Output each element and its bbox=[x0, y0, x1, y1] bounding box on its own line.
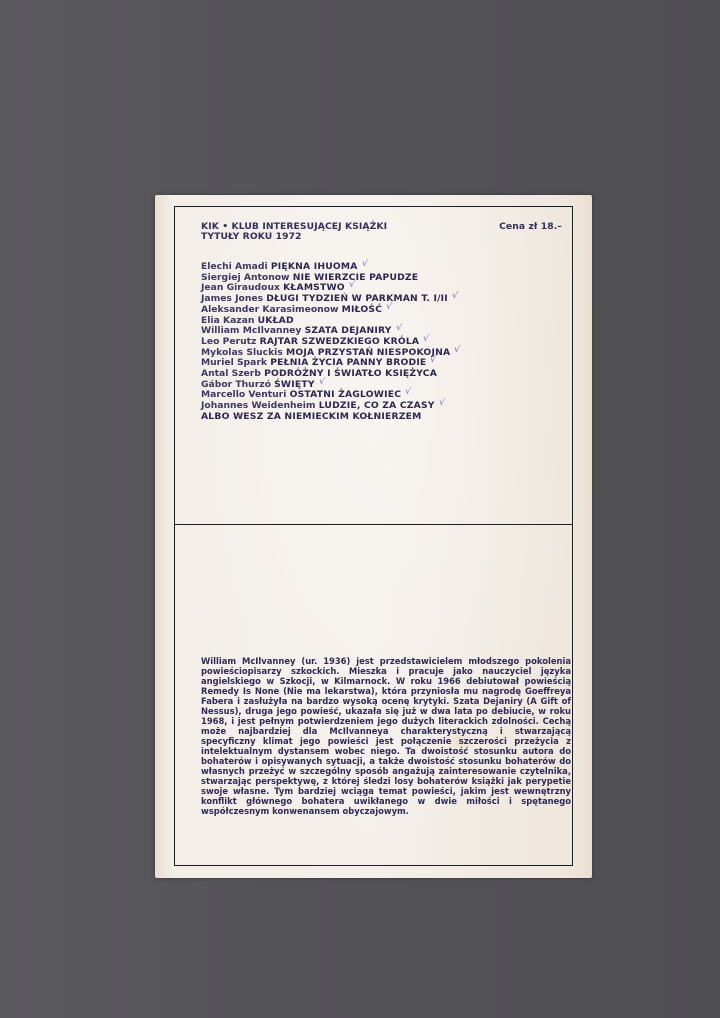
handwritten-check-icon: √ bbox=[454, 344, 461, 355]
entry-author: Aleksander Karasimeonow bbox=[201, 304, 342, 315]
book-back-cover: KIK • KLUB INTERESUJĄCEJ KSIĄŻKI Cena zł… bbox=[155, 195, 592, 878]
entry-author: Muriel Spark bbox=[201, 357, 270, 368]
handwritten-check-icon: √ bbox=[361, 259, 368, 270]
entry-author: Elechi Amadi bbox=[201, 261, 271, 272]
handwritten-check-icon: √ bbox=[318, 376, 325, 387]
series-line: TYTUŁY ROKU 1972 bbox=[201, 232, 562, 242]
entry-author: Mykolas Sluckis bbox=[201, 347, 286, 358]
entry-author: William McIlvanney bbox=[201, 325, 305, 336]
entry-author: James Jones bbox=[201, 293, 266, 304]
entry-title: RAJTAR SZWEDZKIEGO KRÓLA bbox=[260, 336, 420, 347]
entry-author: Antal Szerb bbox=[201, 368, 264, 379]
handwritten-check-icon: √ bbox=[385, 301, 392, 312]
handwritten-check-icon: √ bbox=[438, 398, 445, 409]
cover-header: KIK • KLUB INTERESUJĄCEJ KSIĄŻKI Cena zł… bbox=[201, 222, 562, 242]
entry-author: Marcello Venturi bbox=[201, 389, 290, 400]
entry-author: Elia Kazan bbox=[201, 315, 258, 326]
handwritten-check-icon: √ bbox=[395, 323, 402, 334]
entry-author: Jean Giraudoux bbox=[201, 282, 283, 293]
entry-title: DŁUGI TYDZIEŃ W PARKMAN T. I/II bbox=[266, 293, 448, 304]
entry-author: Leo Perutz bbox=[201, 336, 260, 347]
entry-title: OSTATNI ŻAGLOWIEC bbox=[290, 389, 402, 400]
entry-title: LUDZIE, CO ZA CZASY bbox=[319, 400, 435, 411]
titles-list: Elechi Amadi PIĘKNA IHUOMA√Siergiej Anto… bbox=[201, 262, 460, 423]
entry-title: MIŁOŚĆ bbox=[342, 304, 383, 315]
entry-title: PODRÓŻNY I ŚWIATŁO KSIĘŻYCA bbox=[264, 368, 437, 379]
entry-author: Siergiej Antonow bbox=[201, 272, 293, 283]
entry-title: UKŁAD bbox=[258, 315, 294, 326]
entry-title: ALBO WESZ ZA NIEMIECKIM KOŁNIERZEM bbox=[201, 411, 421, 422]
entry-title: ŚWIĘTY bbox=[274, 379, 315, 390]
handwritten-check-icon: √ bbox=[430, 355, 437, 366]
section-divider bbox=[175, 524, 572, 525]
entry-title: SZATA DEJANIRY bbox=[305, 325, 392, 336]
entry-author: Gábor Thurzó bbox=[201, 379, 274, 390]
entry-title: PEŁNIA ŻYCIA PANNY BRODIE bbox=[270, 357, 426, 368]
handwritten-check-icon: √ bbox=[451, 291, 458, 302]
author-bio: William McIlvanney (ur. 1936) jest przed… bbox=[201, 656, 571, 816]
title-entry: ALBO WESZ ZA NIEMIECKIM KOŁNIERZEM bbox=[201, 412, 460, 423]
entry-title: MOJA PRZYSTAŃ NIESPOKOJNA bbox=[286, 347, 450, 358]
price-label: Cena zł 18.– bbox=[499, 222, 562, 232]
entry-title: KŁAMSTWO bbox=[283, 282, 345, 293]
handwritten-check-icon: √ bbox=[404, 387, 411, 398]
entry-author: Johannes Weidenheim bbox=[201, 400, 319, 411]
printed-frame: KIK • KLUB INTERESUJĄCEJ KSIĄŻKI Cena zł… bbox=[174, 206, 573, 866]
handwritten-check-icon: √ bbox=[423, 334, 430, 345]
entry-title: PIĘKNA IHUOMA bbox=[271, 261, 358, 272]
handwritten-check-icon: √ bbox=[348, 280, 355, 291]
